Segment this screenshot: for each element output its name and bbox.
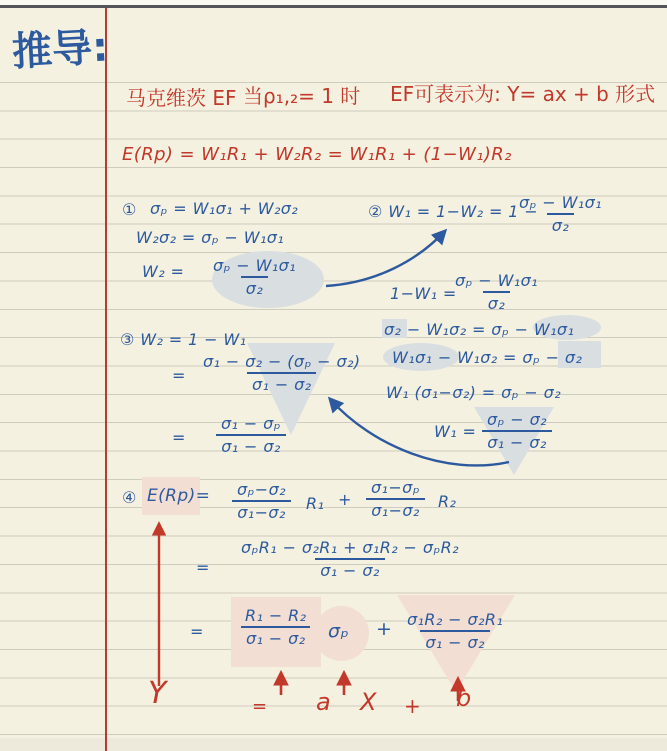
fraction-denominator: σ₂ [241, 276, 268, 298]
fraction-intercept: σ₁R₂ − σ₂R₁ σ₁ − σ₂ [402, 610, 508, 652]
fraction-denominator: σ₁ − σ₂ [315, 558, 385, 580]
bottom-plus: + [404, 694, 421, 718]
fraction-denominator: σ₁ − σ₂ [247, 372, 317, 394]
rcol-line2: σ₂ − W₁σ₂ = σₚ − W₁σ₁ [384, 320, 574, 339]
fraction-w1-result: σₚ − σ₂ σ₁ − σ₂ [482, 410, 552, 452]
fraction-denominator: σ₂ [547, 213, 574, 235]
heading-linear-form: EF可表示为: Y= ax + b 形式 [390, 78, 655, 107]
fraction-numerator: R₁ − R₂ [240, 606, 311, 626]
fraction-denominator: σ₂ [483, 291, 510, 313]
fraction-numerator: σₚ−σ₂ [232, 480, 291, 500]
bottom-y: Y [148, 676, 167, 711]
fraction-denominator: σ₁ − σ₂ [420, 630, 490, 652]
fraction-denominator: σ₁ − σ₂ [241, 626, 311, 648]
fraction-denominator: σ₁−σ₂ [366, 498, 425, 520]
rcol-line4: W₁ (σ₁−σ₂) = σₚ − σ₂ [386, 383, 561, 402]
step4-plus1: + [338, 490, 352, 509]
step3-eq2: = [172, 428, 186, 447]
heading-correlation-condition: 当ρ₁,₂= 1 时 [243, 80, 360, 109]
fraction-rcol-line1: σₚ − W₁σ₁ σ₂ [450, 271, 543, 313]
fraction-numerator: σ₁−σₚ [366, 478, 425, 498]
fraction-denominator: σ₁ − σ₂ [482, 430, 552, 452]
step3-eq1: = [172, 366, 186, 385]
fraction-numerator: σₚ − σ₂ [482, 410, 552, 430]
fraction-numerator: σₚR₁ − σ₂R₁ + σ₁R₂ − σₚR₂ [236, 538, 464, 558]
step4-plus2: + [376, 618, 392, 640]
rcol-line3: W₁σ₁ − W₁σ₂ = σₚ − σ₂ [392, 348, 582, 367]
heading-markowitz-ef: 马克维茨 EF [126, 82, 237, 111]
fraction-numerator: σₚ − W₁σ₁ [450, 271, 543, 291]
fraction-denominator: σ₁ − σ₂ [216, 434, 286, 456]
step4-lhs-erp: E(Rp)= [147, 486, 210, 506]
rcol-line1-lhs: 1−W₁ = [390, 284, 457, 303]
step4-eq3: = [190, 622, 204, 641]
red-margin-line [105, 0, 107, 751]
step4-r2: R₂ [438, 492, 456, 511]
fraction-numerator: σₚ − W₁σ₁ [514, 193, 607, 213]
step1-line2: W₂σ₂ = σₚ − W₁σ₁ [136, 228, 284, 247]
bottom-a: a [316, 688, 331, 716]
page-bottom-strip [0, 738, 667, 751]
step1-line3-lhs: W₂ = [142, 262, 184, 281]
step1-number: ① [122, 200, 137, 219]
fraction-w2-final: σ₁ − σₚ σ₁ − σ₂ [216, 414, 286, 456]
formula-expected-return: E(Rp) = W₁R₁ + W₂R₂ = W₁R₁ + (1−W₁)R₂ [122, 144, 512, 165]
fraction-numerator: σ₁ − σₚ [216, 414, 286, 434]
step4-r1: R₁ [306, 494, 324, 513]
fraction-numerator: σₚ − W₁σ₁ [208, 256, 301, 276]
step1-line1: σₚ = W₁σ₁ + W₂σ₂ [150, 199, 298, 218]
step3-line1: ③ W₂ = 1 − W₁ [120, 330, 246, 349]
fraction-weight2: σ₁−σₚ σ₁−σ₂ [366, 478, 425, 520]
rcol-line5-lhs: W₁ = [434, 422, 476, 441]
fraction-step2: σₚ − W₁σ₁ σ₂ [514, 193, 607, 235]
page-top-border [0, 5, 667, 8]
fraction-w2-result: σₚ − W₁σ₁ σ₂ [208, 256, 301, 298]
fraction-slope: R₁ − R₂ σ₁ − σ₂ [240, 606, 311, 648]
step4-sigma-p: σₚ [328, 620, 349, 642]
fraction-denominator: σ₁−σ₂ [232, 500, 291, 522]
page-title: 推导: [11, 16, 110, 78]
step2-lhs: ② W₁ = 1−W₂ = 1 − [368, 202, 538, 221]
fraction-step3-expanded: σ₁ − σ₂ − (σₚ − σ₂) σ₁ − σ₂ [198, 352, 365, 394]
fraction-numerator: σ₁R₂ − σ₂R₁ [402, 610, 508, 630]
fraction-expanded: σₚR₁ − σ₂R₁ + σ₁R₂ − σₚR₂ σ₁ − σ₂ [236, 538, 464, 580]
notebook-page: 推导: 马克维茨 EF 当ρ₁,₂= 1 时 EF可表示为: Y= ax + b… [0, 0, 667, 751]
bottom-x: X [360, 688, 377, 716]
step4-eq2: = [196, 558, 210, 577]
fraction-weight1: σₚ−σ₂ σ₁−σ₂ [232, 480, 291, 522]
bottom-equals: = [252, 696, 267, 717]
bottom-b: b [456, 684, 472, 712]
step4-number: ④ [122, 488, 137, 507]
fraction-numerator: σ₁ − σ₂ − (σₚ − σ₂) [198, 352, 365, 372]
